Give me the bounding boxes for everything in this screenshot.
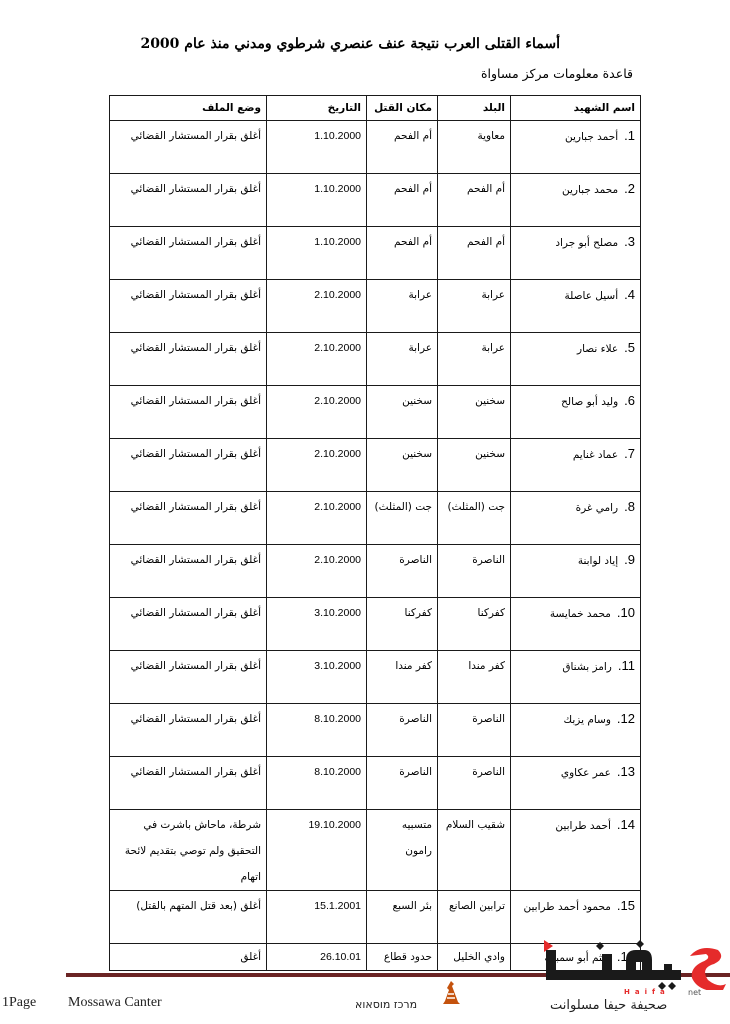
footer-page-number: 1Page (2, 995, 36, 1011)
cell-place: جت (المثلث) (367, 492, 438, 545)
table-row: 15.محمود أحمد طرابينترابين الصانعبئر الس… (110, 891, 641, 944)
table-row: 7.عماد غنايمسخنينسخنين2.10.2000أغلق بقرا… (110, 439, 641, 492)
victim-name: محمود أحمد طرابين (524, 901, 611, 913)
cell-status: أغلق بقرار المستشار القضائي (110, 280, 267, 333)
cell-town: ترابين الصانع (438, 891, 511, 944)
footer-hebrew-org: מרכז מוסאוא (355, 998, 417, 1011)
cell-name: 13.عمر عكاوي (511, 757, 641, 810)
cell-place: متسبيه رامون (367, 810, 438, 891)
cell-place: الناصرة (367, 757, 438, 810)
cell-town: عرابة (438, 280, 511, 333)
cell-date: 3.10.2000 (267, 598, 367, 651)
cell-name: 3.مصلح أبو جراد (511, 227, 641, 280)
cell-name: 4.أسيل عاصلة (511, 280, 641, 333)
cell-town: شقيب السلام (438, 810, 511, 891)
cell-place: أم الفحم (367, 174, 438, 227)
victims-table: اسم الشهيد البلد مكان القتل التاريخ وضع … (109, 95, 641, 971)
table-row: 13.عمر عكاويالناصرةالناصرة8.10.2000أغلق … (110, 757, 641, 810)
header-date: التاريخ (267, 96, 367, 121)
cell-date: 1.10.2000 (267, 174, 367, 227)
table-row: 1.أحمد جبارينمعاويةأم الفحم1.10.2000أغلق… (110, 121, 641, 174)
cell-town: سخنين (438, 439, 511, 492)
header-place: مكان القتل (367, 96, 438, 121)
cell-place: عرابة (367, 280, 438, 333)
table-row: 12.وسام يزبكالناصرةالناصرة8.10.2000أغلق … (110, 704, 641, 757)
cell-town: سخنين (438, 386, 511, 439)
victim-name: محمد خمايسة (550, 608, 611, 620)
footer-organization: Mossawa Canter (68, 995, 162, 1011)
cell-date: 26.10.01 (267, 944, 367, 971)
table-row: 4.أسيل عاصلةعرابةعرابة2.10.2000أغلق بقرا… (110, 280, 641, 333)
header-status: وضع الملف (110, 96, 267, 121)
cell-name: 10.محمد خمايسة (511, 598, 641, 651)
victim-name: إياد لوابنة (578, 555, 618, 567)
cell-status: أغلق بقرار المستشار القضائي (110, 492, 267, 545)
cell-place: أم الفحم (367, 227, 438, 280)
row-number: 6. (624, 393, 635, 408)
cell-name: 5.علاء نصار (511, 333, 641, 386)
watermark-net: net (688, 988, 701, 997)
table-row: 3.مصلح أبو جرادأم الفحمأم الفحم1.10.2000… (110, 227, 641, 280)
cell-date: 1.10.2000 (267, 227, 367, 280)
victim-name: أحمد طرابين (555, 820, 610, 832)
cell-status: أغلق بقرار المستشار القضائي (110, 757, 267, 810)
cell-date: 8.10.2000 (267, 704, 367, 757)
mossawa-logo-icon (440, 980, 462, 1006)
cell-place: بئر السبع (367, 891, 438, 944)
row-number: 3. (624, 234, 635, 249)
victim-name: عمر عكاوي (561, 767, 611, 779)
row-number: 11. (618, 658, 635, 673)
table-row: 11.رامز بشناقكفر منداكفر مندا3.10.2000أغ… (110, 651, 641, 704)
header-town: البلد (438, 96, 511, 121)
cell-name: 15.محمود أحمد طرابين (511, 891, 641, 944)
row-number: 10. (617, 605, 635, 620)
victim-name: محمد جبارين (562, 184, 618, 196)
row-number: 4. (624, 287, 635, 302)
cell-status: شرطة، ماحاش باشرت في التحقيق ولم توصي بت… (110, 810, 267, 891)
cell-status: أغلق بقرار المستشار القضائي (110, 545, 267, 598)
cell-town: أم الفحم (438, 227, 511, 280)
victim-name: مصلح أبو جراد (555, 237, 618, 249)
header-name: اسم الشهيد (511, 96, 641, 121)
cell-status: أغلق بقرار المستشار القضائي (110, 174, 267, 227)
cell-status: أغلق بقرار المستشار القضائي (110, 121, 267, 174)
row-number: 12. (617, 711, 635, 726)
row-number: 5. (624, 340, 635, 355)
victim-name: علاء نصار (577, 343, 618, 355)
cell-place: عرابة (367, 333, 438, 386)
table-header-row: اسم الشهيد البلد مكان القتل التاريخ وضع … (110, 96, 641, 121)
row-number: 13. (617, 764, 635, 779)
cell-town: عرابة (438, 333, 511, 386)
row-number: 9. (624, 552, 635, 567)
cell-town: الناصرة (438, 757, 511, 810)
row-number: 2. (624, 181, 635, 196)
table-row: 5.علاء نصارعرابةعرابة2.10.2000أغلق بقرار… (110, 333, 641, 386)
victim-name: رامز بشناق (562, 661, 612, 673)
cell-name: 1.أحمد جبارين (511, 121, 641, 174)
cell-place: سخنين (367, 439, 438, 492)
cell-date: 19.10.2000 (267, 810, 367, 891)
cell-date: 2.10.2000 (267, 439, 367, 492)
row-number: 1. (624, 128, 635, 143)
cell-date: 1.10.2000 (267, 121, 367, 174)
cell-status: أغلق بقرار المستشار القضائي (110, 651, 267, 704)
cell-town: أم الفحم (438, 174, 511, 227)
cell-town: وادي الخليل (438, 944, 511, 971)
victim-name: أحمد جبارين (565, 131, 618, 143)
cell-status: أغلق (بعد قتل المتهم بالقتل) (110, 891, 267, 944)
document-title: أسماء القتلى العرب نتيجة عنف عنصري شرطوي… (140, 34, 560, 54)
cell-town: الناصرة (438, 545, 511, 598)
cell-date: 8.10.2000 (267, 757, 367, 810)
haifa-watermark: Haifa net صحيفة حيفا مسلوانت (540, 940, 730, 1024)
cell-town: كفركنا (438, 598, 511, 651)
cell-name: 9.إياد لوابنة (511, 545, 641, 598)
watermark-latin: Haifa (624, 988, 670, 996)
victim-name: عماد غنايم (573, 449, 618, 461)
table-row: 10.محمد خمايسةكفركناكفركنا3.10.2000أغلق … (110, 598, 641, 651)
cell-town: معاوية (438, 121, 511, 174)
cell-status: أغلق بقرار المستشار القضائي (110, 598, 267, 651)
row-number: 15. (617, 898, 635, 913)
cell-name: 2.محمد جبارين (511, 174, 641, 227)
victim-name: وليد أبو صالح (561, 396, 618, 408)
watermark-tagline: صحيفة حيفا مسلوانت (550, 998, 667, 1013)
cell-place: سخنين (367, 386, 438, 439)
victim-name: وسام يزبك (564, 714, 611, 726)
cell-name: 14.أحمد طرابين (511, 810, 641, 891)
haifa-logo-icon (540, 940, 730, 990)
table-row: 14.أحمد طرابينشقيب السلاممتسبيه رامون19.… (110, 810, 641, 891)
cell-place: حدود قطاع (367, 944, 438, 971)
cell-place: الناصرة (367, 545, 438, 598)
cell-date: 2.10.2000 (267, 280, 367, 333)
victim-name: أسيل عاصلة (564, 290, 618, 302)
cell-town: الناصرة (438, 704, 511, 757)
table-row: 9.إياد لوابنةالناصرةالناصرة2.10.2000أغلق… (110, 545, 641, 598)
cell-name: 8.رامي غرة (511, 492, 641, 545)
cell-date: 2.10.2000 (267, 492, 367, 545)
cell-name: 6.وليد أبو صالح (511, 386, 641, 439)
cell-town: كفر مندا (438, 651, 511, 704)
cell-status: أغلق بقرار المستشار القضائي (110, 227, 267, 280)
cell-town: جت (المثلث) (438, 492, 511, 545)
cell-place: كفركنا (367, 598, 438, 651)
cell-date: 2.10.2000 (267, 386, 367, 439)
table-row: 8.رامي غرةجت (المثلث)جت (المثلث)2.10.200… (110, 492, 641, 545)
table-row: 2.محمد جبارينأم الفحمأم الفحم1.10.2000أغ… (110, 174, 641, 227)
cell-name: 12.وسام يزبك (511, 704, 641, 757)
cell-date: 15.1.2001 (267, 891, 367, 944)
cell-name: 11.رامز بشناق (511, 651, 641, 704)
cell-name: 7.عماد غنايم (511, 439, 641, 492)
row-number: 14. (617, 817, 635, 832)
document-subtitle: قاعدة معلومات مركز مساواة (380, 64, 633, 84)
cell-place: كفر مندا (367, 651, 438, 704)
row-number: 7. (624, 446, 635, 461)
cell-status: أغلق بقرار المستشار القضائي (110, 439, 267, 492)
cell-place: الناصرة (367, 704, 438, 757)
cell-status: أغلق بقرار المستشار القضائي (110, 704, 267, 757)
cell-date: 3.10.2000 (267, 651, 367, 704)
cell-place: أم الفحم (367, 121, 438, 174)
cell-status: أغلق (110, 944, 267, 971)
victim-name: رامي غرة (576, 502, 619, 514)
table-row: 6.وليد أبو صالحسخنينسخنين2.10.2000أغلق ب… (110, 386, 641, 439)
row-number: 8. (624, 499, 635, 514)
cell-status: أغلق بقرار المستشار القضائي (110, 333, 267, 386)
cell-status: أغلق بقرار المستشار القضائي (110, 386, 267, 439)
cell-date: 2.10.2000 (267, 333, 367, 386)
cell-date: 2.10.2000 (267, 545, 367, 598)
